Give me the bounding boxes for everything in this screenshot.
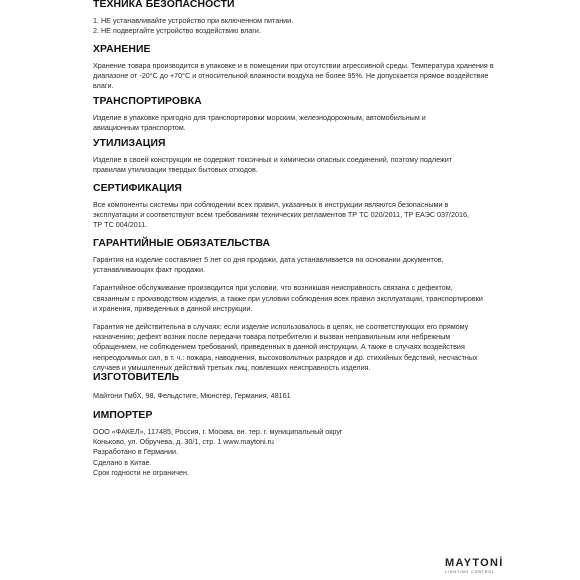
section-text: Хранение товара производится в упаковке …: [93, 61, 505, 92]
section-title: ИЗГОТОВИТЕЛЬ: [93, 372, 513, 384]
section-text: Гарантия на изделие составляет 5 лет со …: [93, 255, 483, 275]
section-text: 2. НЕ подвергайте устройство воздействию…: [93, 26, 513, 36]
section-title: ИМПОРТЕР: [93, 410, 513, 422]
section-text: Срок годности не ограничен.: [93, 468, 513, 478]
logo-tagline: LIGHTING CONTROL: [445, 569, 504, 575]
section-title: ТРАНСПОРТИРОВКА: [93, 96, 513, 108]
section-text: Все компоненты системы при соблюдении вс…: [93, 200, 473, 231]
logo-brand: MAYTONİ: [445, 558, 504, 569]
warranty-section: ГАРАНТИЙНЫЕ ОБЯЗАТЕЛЬСТВА Гарантия на из…: [93, 238, 513, 373]
disposal-section: УТИЛИЗАЦИЯ Изделие в своей конструкции н…: [93, 138, 513, 175]
certification-section: СЕРТИФИКАЦИЯ Все компоненты системы при …: [93, 183, 513, 231]
section-text: Изделие в своей конструкции не содержит …: [93, 155, 453, 175]
storage-section: ХРАНЕНИЕ Хранение товара производится в …: [93, 44, 513, 92]
section-text: 1. НЕ устанавливайте устройство при вклю…: [93, 16, 513, 26]
section-text: ООО «ФАКЕЛ», 117485, Россия, г. Москва, …: [93, 427, 363, 447]
section-text: Гарантия не действительна в случаях: есл…: [93, 322, 493, 373]
section-text: Майтони ГмбХ, 98, Фельдстиге, Мюнстер, Г…: [93, 391, 513, 401]
section-text: Изделие в упаковке пригодно для транспор…: [93, 113, 453, 133]
section-text: Гарантийное обслуживание производится пр…: [93, 283, 488, 314]
section-text: Сделано в Китае.: [93, 458, 513, 468]
importer-section: ИМПОРТЕР ООО «ФАКЕЛ», 117485, Россия, г.…: [93, 410, 513, 478]
section-title: ТЕХНИКА БЕЗОПАСНОСТИ: [93, 0, 513, 11]
section-title: УТИЛИЗАЦИЯ: [93, 138, 513, 150]
safety-section: ТЕХНИКА БЕЗОПАСНОСТИ 1. НЕ устанавливайт…: [93, 0, 513, 36]
section-title: СЕРТИФИКАЦИЯ: [93, 183, 513, 195]
section-title: ГАРАНТИЙНЫЕ ОБЯЗАТЕЛЬСТВА: [93, 238, 513, 250]
maytoni-logo: MAYTONİ LIGHTING CONTROL: [445, 558, 504, 575]
manufacturer-section: ИЗГОТОВИТЕЛЬ Майтони ГмбХ, 98, Фельдстиг…: [93, 372, 513, 401]
section-title: ХРАНЕНИЕ: [93, 44, 513, 56]
transport-section: ТРАНСПОРТИРОВКА Изделие в упаковке приго…: [93, 96, 513, 133]
section-text: Разработано в Германии.: [93, 447, 513, 457]
